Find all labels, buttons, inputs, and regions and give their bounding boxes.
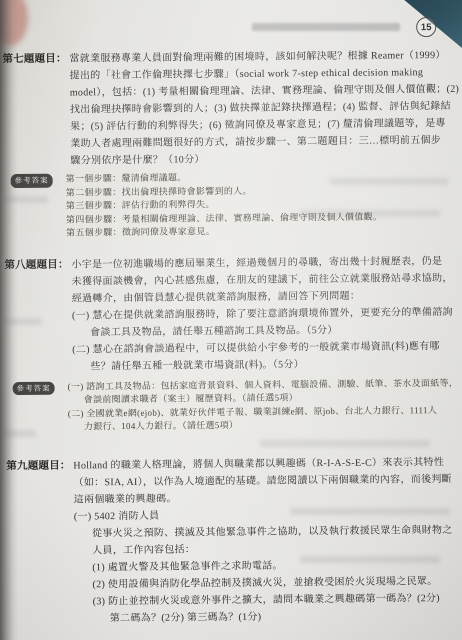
- questions-container: 第七題題目：當就業服務專業人員面對倫理兩難的困境時，該如何解決呢？根據 Ream…: [2, 47, 462, 628]
- answer-text-line: 力銀行、104人力銀行。（請任選5項）: [68, 417, 461, 434]
- answer-block: 參考答案第一個步驟：釐清倫理議題。第二個步驟：找出倫理抉擇時會影響到的人。第三個…: [66, 169, 460, 240]
- question-section: 第九題題目：Holland 的職業人格理論，將個人與職業都以興趣碼（R-I-A-…: [6, 453, 462, 627]
- answer-badge: 參考答案: [13, 381, 55, 395]
- question-row: 第九題題目：Holland 的職業人格理論，將個人與職業都以興趣碼（R-I-A-…: [6, 453, 462, 627]
- question-body: Holland 的職業人格理論，將個人與職業都以興趣碼（R-I-A-S-E-C）…: [73, 453, 462, 627]
- question-text-line: 驟分別依序是什麼？（10分）: [70, 149, 459, 170]
- question-row: 第七題題目：當就業服務專業人員面對倫理兩難的困境時，該如何解決呢？根據 Ream…: [2, 47, 458, 170]
- page-number: 15: [421, 22, 432, 33]
- question-text-line: 些？請任舉五種一般就業市場資訊(料)。（5分）: [72, 354, 460, 375]
- answer-badge: 參考答案: [11, 174, 53, 188]
- question-label: 第七題題目：: [2, 51, 69, 69]
- question-section: 第七題題目：當就業服務專業人員面對倫理兩難的困境時，該如何解決呢？根據 Ream…: [2, 47, 459, 241]
- question-body: 小宇是一位初進職場的應屆畢業生，經過幾個月的尋職，寄出幾十封履歷表，仍是未獲得面…: [71, 252, 460, 375]
- question-text-line: 第二碼為？(2分) 第三碼為？(1分): [75, 606, 462, 627]
- page-inner: 15 第七題題目：當就業服務專業人員面對倫理兩難的困境時，該如何解決呢？根據 R…: [0, 0, 462, 640]
- question-label: 第八題題目：: [4, 256, 71, 274]
- question-row: 第八題題目：小宇是一位初進職場的應屆畢業生，經過幾個月的尋職，寄出幾十封履歷表，…: [4, 252, 460, 375]
- page-number-badge: 15: [416, 17, 436, 37]
- question-section: 第八題題目：小宇是一位初進職場的應屆畢業生，經過幾個月的尋職，寄出幾十封履歷表，…: [4, 252, 461, 434]
- answer-text-line: 第五個步驟：徵詢同僚及專家意見。: [66, 223, 459, 240]
- question-body: 當就業服務專業人員面對倫理兩難的困境時，該如何解決呢？根據 Reamer（199…: [69, 47, 459, 170]
- answer-block: 參考答案(一) 諮詢工具及物品：包括家庭背景資料、個人資料、電腦設備、測驗、紙筆…: [68, 376, 462, 434]
- question-label: 第九題題目：: [6, 457, 73, 475]
- document-photo: 15 第七題題目：當就業服務專業人員面對倫理兩難的困境時，該如何解決呢？根據 R…: [0, 0, 462, 640]
